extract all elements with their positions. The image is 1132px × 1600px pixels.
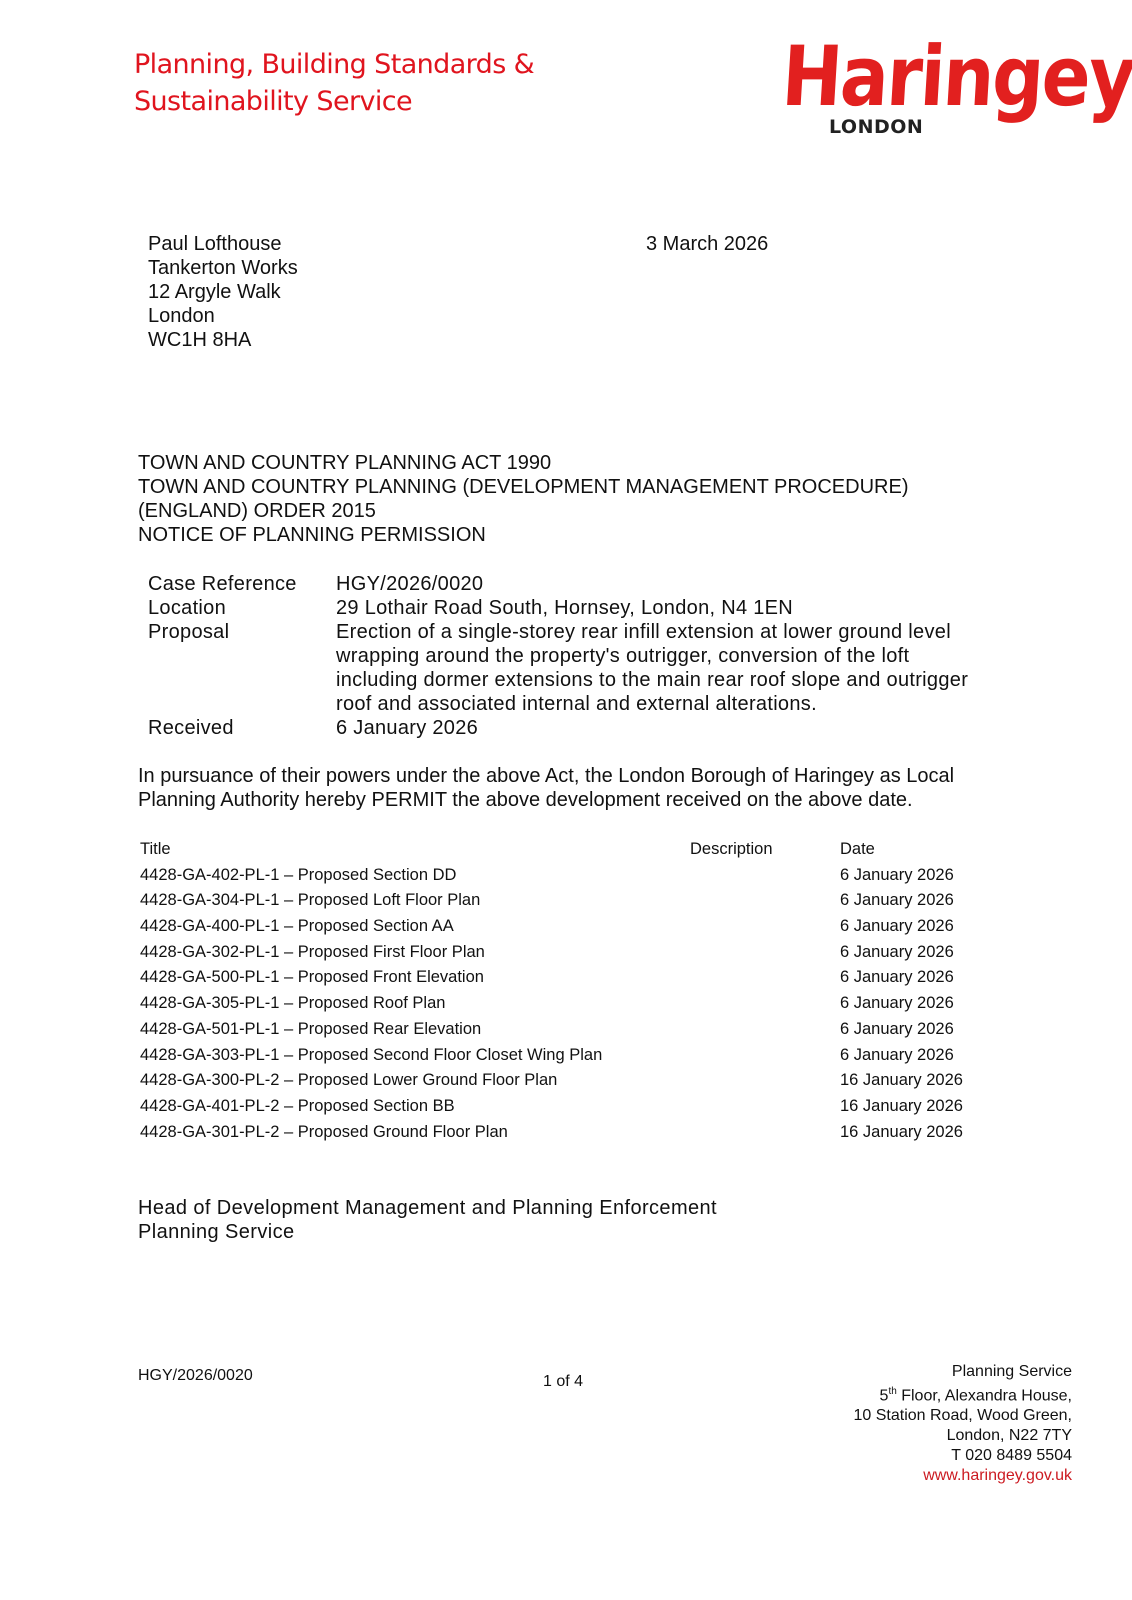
logo-wordmark: Haringey [779,30,1132,122]
drawing-date: 6 January 2026 [840,940,1000,966]
received-label: Received [148,716,336,740]
drawing-date: 16 January 2026 [840,1120,1000,1146]
heading-notice: NOTICE OF PLANNING PERMISSION [138,523,908,547]
received-value: 6 January 2026 [336,716,996,740]
signoff-title: Head of Development Management and Plann… [138,1196,717,1220]
footer-reference: HGY/2026/0020 [138,1367,253,1385]
drawing-title: 4428-GA-501-PL-1 – Proposed Rear Elevati… [140,1017,690,1043]
recipient-name: Paul Lofthouse [148,232,298,256]
drawing-title: 4428-GA-401-PL-2 – Proposed Section BB [140,1094,690,1120]
signoff-service: Planning Service [138,1220,717,1244]
notice-headings: TOWN AND COUNTRY PLANNING ACT 1990 TOWN … [138,451,908,547]
heading-order-cont: (ENGLAND) ORDER 2015 [138,499,908,523]
service-title: Planning, Building Standards & Sustainab… [134,46,534,120]
drawing-date: 6 January 2026 [840,863,1000,889]
drawing-row: 4428-GA-400-PL-1 – Proposed Section AA6 … [140,914,1000,940]
recipient-address: Paul Lofthouse Tankerton Works 12 Argyle… [148,232,298,352]
drawing-row: 4428-GA-500-PL-1 – Proposed Front Elevat… [140,965,1000,991]
footer-phone: T 020 8489 5504 [853,1446,1072,1466]
drawing-date: 6 January 2026 [840,1017,1000,1043]
location-value: 29 Lothair Road South, Hornsey, London, … [336,596,996,620]
col-title-header: Title [140,837,690,863]
drawing-date: 6 January 2026 [840,965,1000,991]
service-title-line2: Sustainability Service [134,83,534,120]
drawing-date: 6 January 2026 [840,991,1000,1017]
drawing-row: 4428-GA-305-PL-1 – Proposed Roof Plan6 J… [140,991,1000,1017]
drawing-title: 4428-GA-400-PL-1 – Proposed Section AA [140,914,690,940]
col-date-header: Date [840,837,1000,863]
drawing-title: 4428-GA-300-PL-2 – Proposed Lower Ground… [140,1068,690,1094]
drawing-description [690,1017,840,1043]
drawing-title: 4428-GA-301-PL-2 – Proposed Ground Floor… [140,1120,690,1146]
floor-suffix: th [888,1386,896,1397]
drawing-description [690,888,840,914]
drawing-description [690,965,840,991]
drawing-description [690,940,840,966]
drawing-date: 6 January 2026 [840,1043,1000,1069]
drawings-table: Title Description Date 4428-GA-402-PL-1 … [140,837,1000,1145]
location-label: Location [148,596,336,620]
drawing-title: 4428-GA-302-PL-1 – Proposed First Floor … [140,940,690,966]
drawing-row: 4428-GA-300-PL-2 – Proposed Lower Ground… [140,1068,1000,1094]
service-title-line1: Planning, Building Standards & [134,46,534,83]
heading-order: TOWN AND COUNTRY PLANNING (DEVELOPMENT M… [138,475,908,499]
proposal-row: Proposal Erection of a single-storey rea… [148,620,996,716]
drawing-description [690,914,840,940]
signoff: Head of Development Management and Plann… [138,1196,717,1244]
drawing-title: 4428-GA-304-PL-1 – Proposed Loft Floor P… [140,888,690,914]
pursuance-paragraph: In pursuance of their powers under the a… [138,764,1018,812]
drawing-date: 16 January 2026 [840,1094,1000,1120]
letter-date: 3 March 2026 [646,232,768,256]
proposal-value: Erection of a single-storey rear infill … [336,620,996,716]
received-row: Received 6 January 2026 [148,716,996,740]
case-details: Case Reference HGY/2026/0020 Location 29… [148,572,996,740]
col-description-header: Description [690,837,840,863]
case-reference-value: HGY/2026/0020 [336,572,996,596]
drawing-row: 4428-GA-304-PL-1 – Proposed Loft Floor P… [140,888,1000,914]
drawing-date: 6 January 2026 [840,888,1000,914]
footer-floor: 5th Floor, Alexandra House, [853,1382,1072,1406]
website-link[interactable]: www.haringey.gov.uk [923,1467,1072,1484]
drawing-title: 4428-GA-402-PL-1 – Proposed Section DD [140,863,690,889]
drawings-header-row: Title Description Date [140,837,1000,863]
footer-office: Planning Service [853,1362,1072,1382]
drawings-rows: 4428-GA-402-PL-1 – Proposed Section DD6 … [140,863,1000,1146]
footer-city: London, N22 7TY [853,1426,1072,1446]
drawing-row: 4428-GA-302-PL-1 – Proposed First Floor … [140,940,1000,966]
recipient-postcode: WC1H 8HA [148,328,298,352]
drawing-description [690,1094,840,1120]
floor-rest: Floor, Alexandra House, [897,1387,1072,1404]
recipient-line2: 12 Argyle Walk [148,280,298,304]
drawing-row: 4428-GA-303-PL-1 – Proposed Second Floor… [140,1043,1000,1069]
logo-subtitle: LONDON [829,116,923,138]
haringey-logo: Haringey LONDON [785,30,1060,140]
footer-street: 10 Station Road, Wood Green, [853,1406,1072,1426]
drawing-row: 4428-GA-401-PL-2 – Proposed Section BB16… [140,1094,1000,1120]
proposal-label: Proposal [148,620,336,716]
drawing-title: 4428-GA-500-PL-1 – Proposed Front Elevat… [140,965,690,991]
drawing-description [690,1068,840,1094]
location-row: Location 29 Lothair Road South, Hornsey,… [148,596,996,620]
footer-address: Planning Service 5th Floor, Alexandra Ho… [853,1362,1072,1486]
drawing-title: 4428-GA-303-PL-1 – Proposed Second Floor… [140,1043,690,1069]
heading-act: TOWN AND COUNTRY PLANNING ACT 1990 [138,451,908,475]
case-reference-label: Case Reference [148,572,336,596]
drawing-description [690,1120,840,1146]
drawing-date: 16 January 2026 [840,1068,1000,1094]
drawing-description [690,991,840,1017]
page-number: 1 of 4 [543,1373,583,1391]
drawing-row: 4428-GA-301-PL-2 – Proposed Ground Floor… [140,1120,1000,1146]
drawing-description [690,1043,840,1069]
drawing-row: 4428-GA-501-PL-1 – Proposed Rear Elevati… [140,1017,1000,1043]
recipient-line1: Tankerton Works [148,256,298,280]
drawing-description [690,863,840,889]
drawing-date: 6 January 2026 [840,914,1000,940]
drawing-title: 4428-GA-305-PL-1 – Proposed Roof Plan [140,991,690,1017]
recipient-line3: London [148,304,298,328]
drawing-row: 4428-GA-402-PL-1 – Proposed Section DD6 … [140,863,1000,889]
case-reference-row: Case Reference HGY/2026/0020 [148,572,996,596]
